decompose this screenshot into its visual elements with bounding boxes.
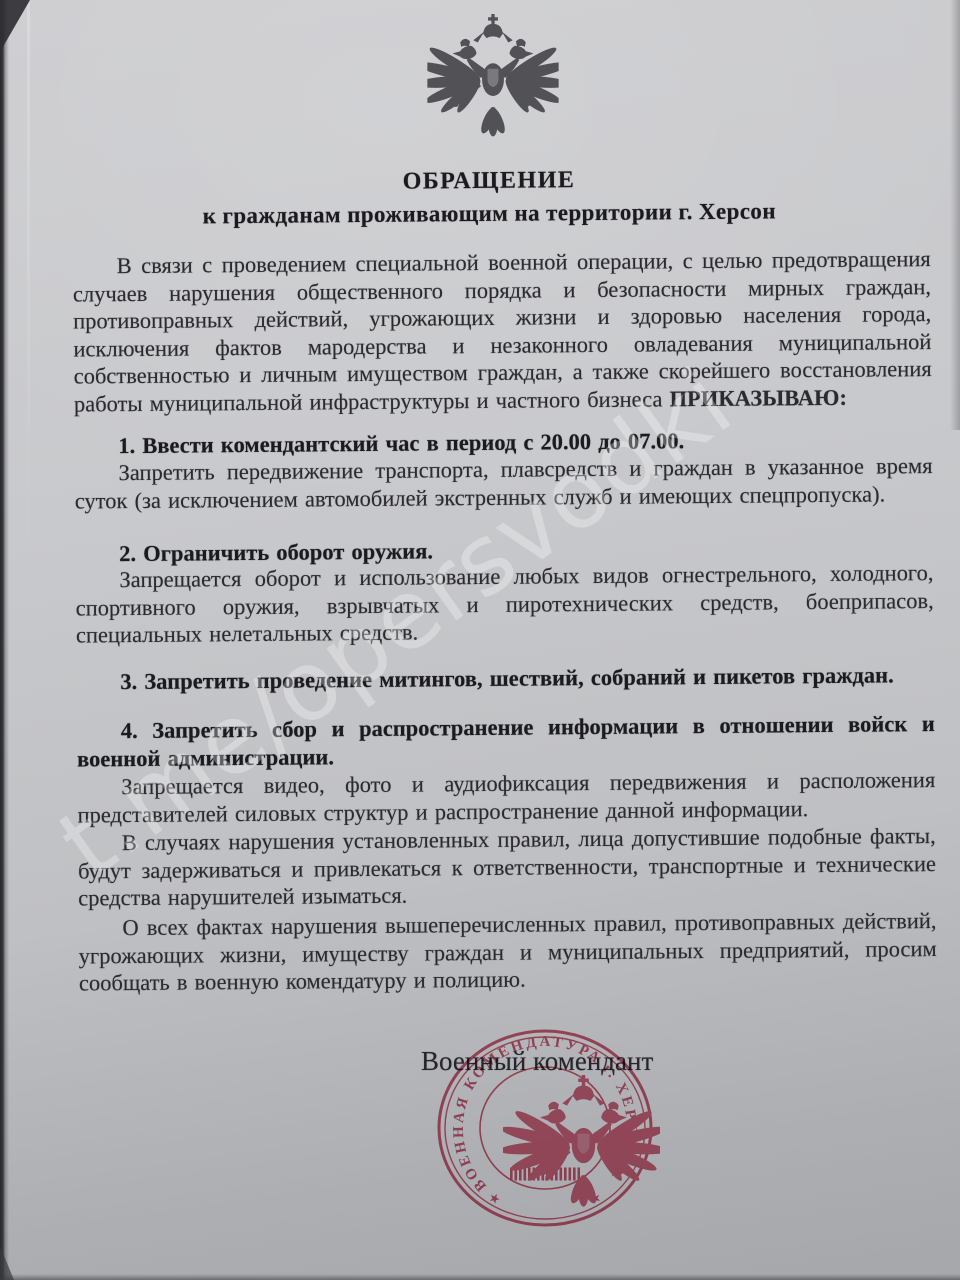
order-1-paragraph: Запретить передвижение транспорта, плавс… <box>74 452 932 514</box>
intro-emphasis: ПРИКАЗЫВАЮ: <box>669 384 847 411</box>
photo-edge-right <box>950 0 960 430</box>
document-title: ОБРАЩЕНИЕ <box>22 165 956 197</box>
stamp-eagle-icon <box>499 1075 660 1207</box>
document-page: ОБРАЩЕНИЕ к гражданам проживающим на тер… <box>0 0 960 1280</box>
order-4-paragraph-1: Запрещается видео, фото и аудиофиксация … <box>77 766 935 828</box>
order-4-heading: 4. Запретить сбор и распространение инфо… <box>77 710 935 772</box>
stamp-star-left: ★ <box>485 1189 504 1208</box>
order-3-heading: 3. Запретить проведение митингов, шестви… <box>76 661 934 696</box>
military-commandant-round-stamp: ВОЕННАЯ КОМЕНДАТУРА г. ХЕРСОН-1 ★ ★ <box>430 1022 660 1237</box>
order-2-paragraph: Запрещается оборот и использование любых… <box>75 559 934 649</box>
document-subtitle: к гражданам проживающим на территории г.… <box>22 197 956 230</box>
photo-edge-left <box>0 0 9 1280</box>
order-4-paragraph-3: О всех фактах нарушения вышеперечисленны… <box>78 907 937 997</box>
photo-edge-bottom <box>0 1274 960 1280</box>
intro-paragraph: В связи с проведением специальной военно… <box>73 245 932 417</box>
order-4-paragraph-2: В случаях нарушения установленных правил… <box>78 822 937 912</box>
